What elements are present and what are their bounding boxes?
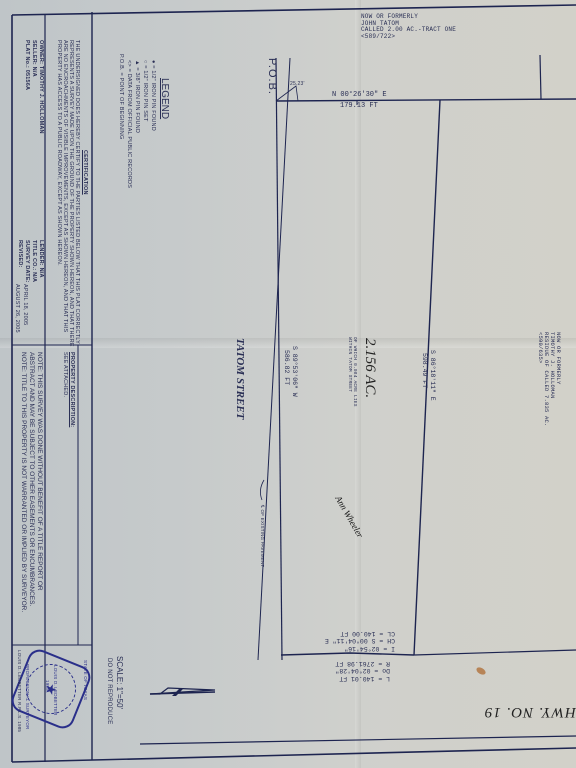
survey-plat-photo: OWNER: TIMOTHY J. HOLLOMAN SELLER: N/A P… xyxy=(0,0,576,768)
west-distance: 586.82 FT xyxy=(283,350,290,385)
curve-chord-length: CL = 140.00 FT xyxy=(325,630,395,638)
highway-label: HWY. NO. 19 xyxy=(484,703,576,720)
curve-length: L = 140.01 FT xyxy=(335,675,390,683)
adjoiner-east-line-4: <590/635> xyxy=(537,332,544,364)
west-bearing: S 89°53'06" W xyxy=(291,346,298,397)
curve-delta: I = 02°54'16" xyxy=(325,645,395,653)
street-name: TATOM STREET xyxy=(234,338,246,419)
area-sub-line-2: WITHIN TATOM STREET xyxy=(346,337,353,392)
area-label: 2.156 AC. xyxy=(361,338,378,398)
pavement-note: ℄ OF EXISTING PAVEMENT xyxy=(259,505,266,567)
curve-chord-bearing: CH = S 00°04'11" E xyxy=(325,637,395,645)
pob-label: P.O.B. xyxy=(266,58,278,95)
east-distance: 598.49 FT xyxy=(421,353,428,388)
curve-degree: Do = 02°04'28" xyxy=(335,667,390,675)
adjoiner-line: <589/722> xyxy=(361,34,456,41)
north-distance: 179.13 FT xyxy=(340,102,378,110)
curve-data-outside: L = 140.01 FT Do = 02°04'28" R = 2761.98… xyxy=(335,660,390,683)
tie-distance: 25.23' xyxy=(290,81,305,88)
curve-radius: R = 2761.98 FT xyxy=(335,660,390,668)
curve-data-inside: I = 02°54'16" CH = S 00°04'11" E CL = 14… xyxy=(325,630,395,653)
adjoiner-north: NOW OR FORMERLY JOHN TATOM CALLED 2.00 A… xyxy=(361,14,456,40)
east-bearing: S 86°18'11" E xyxy=(429,350,436,401)
north-bearing: N 00°26'30" E xyxy=(332,91,387,99)
